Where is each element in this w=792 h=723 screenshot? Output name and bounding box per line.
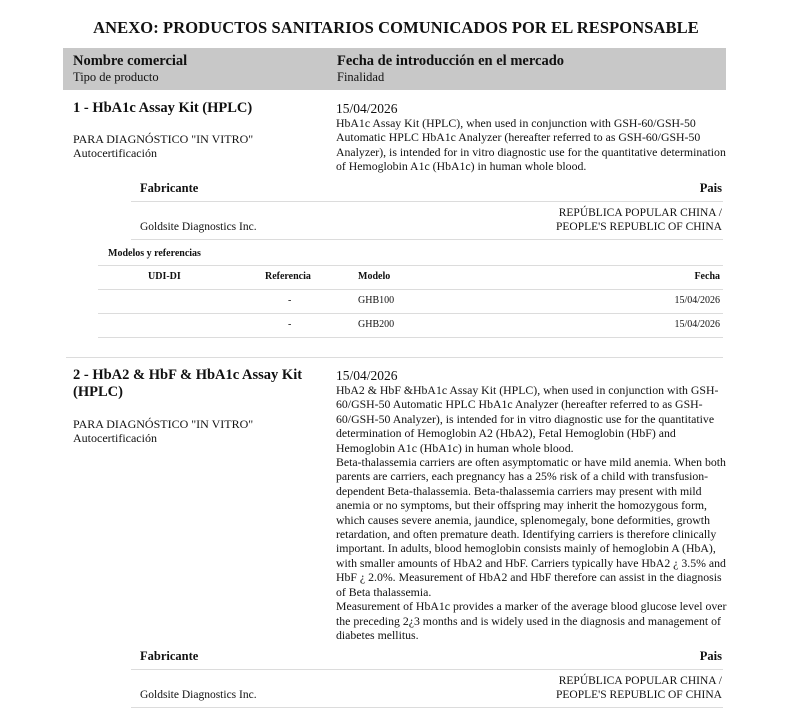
document-title: ANEXO: PRODUCTOS SANITARIOS COMUNICADOS … [0,18,792,38]
manufacturer-header-row: Fabricante Pais [131,643,723,670]
manufacturer-name: Goldsite Diagnostics Inc. [140,220,257,234]
header-col-name: Nombre comercial Tipo de producto [73,53,187,85]
date-header: Fecha [694,271,720,282]
product-purpose: HbA2 & HbF &HbA1c Assay Kit (HPLC), when… [336,383,728,642]
product-date: 15/04/2026 [336,101,398,117]
purpose-paragraph: Beta-thalassemia carriers are often asym… [336,455,728,599]
date-value: 15/04/2026 [674,319,720,330]
country-line-1: REPÚBLICA POPULAR CHINA / [559,675,722,687]
purpose-paragraph: Measurement of HbA1c provides a marker o… [336,599,728,642]
manufacturer-row: Goldsite Diagnostics Inc. REPÚBLICA POPU… [131,202,723,240]
country-line-2: PEOPLE'S REPUBLIC OF CHINA [556,689,722,701]
reference-header: Referencia [265,271,311,282]
purpose-paragraph: HbA2 & HbF &HbA1c Assay Kit (HPLC), when… [336,383,728,455]
product-type: PARA DIAGNÓSTICO "IN VITRO" [73,132,323,147]
manufacturer-row: Goldsite Diagnostics Inc. REPÚBLICA POPU… [131,670,723,708]
manufacturer-header-row: Fabricante Pais [131,175,723,202]
models-section-label: Modelos y referencias [108,248,201,259]
purpose-paragraph: HbA1c Assay Kit (HPLC), when used in con… [336,116,728,174]
product-purpose: HbA1c Assay Kit (HPLC), when used in con… [336,116,728,174]
section-divider [66,357,723,358]
manufacturer-header: Fabricante [140,181,198,196]
product-type: PARA DIAGNÓSTICO "IN VITRO" [73,417,323,432]
manufacturer-table: Fabricante Pais Goldsite Diagnostics Inc… [131,175,723,240]
country-header: Pais [700,181,722,196]
product-certification: Autocertificación [73,431,323,446]
udi-di-header: UDI-DI [148,271,181,282]
header-finalidad: Finalidad [337,70,564,85]
models-header-row: UDI-DI Referencia Modelo Fecha [98,266,723,290]
manufacturer-name: Goldsite Diagnostics Inc. [140,688,257,702]
manufacturer-country: REPÚBLICA POPULAR CHINA / PEOPLE'S REPUB… [556,206,722,234]
header-tipo-producto: Tipo de producto [73,70,187,85]
reference-value: - [288,295,291,306]
product-name: 1 - HbA1c Assay Kit (HPLC) [73,100,323,117]
country-line-2: PEOPLE'S REPUBLIC OF CHINA [556,221,722,233]
manufacturer-country: REPÚBLICA POPULAR CHINA / PEOPLE'S REPUB… [556,674,722,702]
country-line-1: REPÚBLICA POPULAR CHINA / [559,207,722,219]
model-header: Modelo [358,271,390,282]
product-certification: Autocertificación [73,146,323,161]
column-header-band: Nombre comercial Tipo de producto Fecha … [63,48,726,90]
country-header: Pais [700,649,722,664]
product-name: 2 - HbA2 & HbF & HbA1c Assay Kit (HPLC) [73,367,323,401]
header-nombre-comercial: Nombre comercial [73,53,187,70]
header-fecha-introduccion: Fecha de introducción en el mercado [337,53,564,70]
table-row: - GHB100 15/04/2026 [98,290,723,314]
model-value: GHB200 [358,319,394,330]
manufacturer-header: Fabricante [140,649,198,664]
reference-value: - [288,319,291,330]
table-row: - GHB200 15/04/2026 [98,314,723,338]
date-value: 15/04/2026 [674,295,720,306]
model-value: GHB100 [358,295,394,306]
header-col-date: Fecha de introducción en el mercado Fina… [337,53,564,85]
models-table: UDI-DI Referencia Modelo Fecha - GHB100 … [98,265,723,338]
product-date: 15/04/2026 [336,368,398,384]
manufacturer-table: Fabricante Pais Goldsite Diagnostics Inc… [131,643,723,708]
